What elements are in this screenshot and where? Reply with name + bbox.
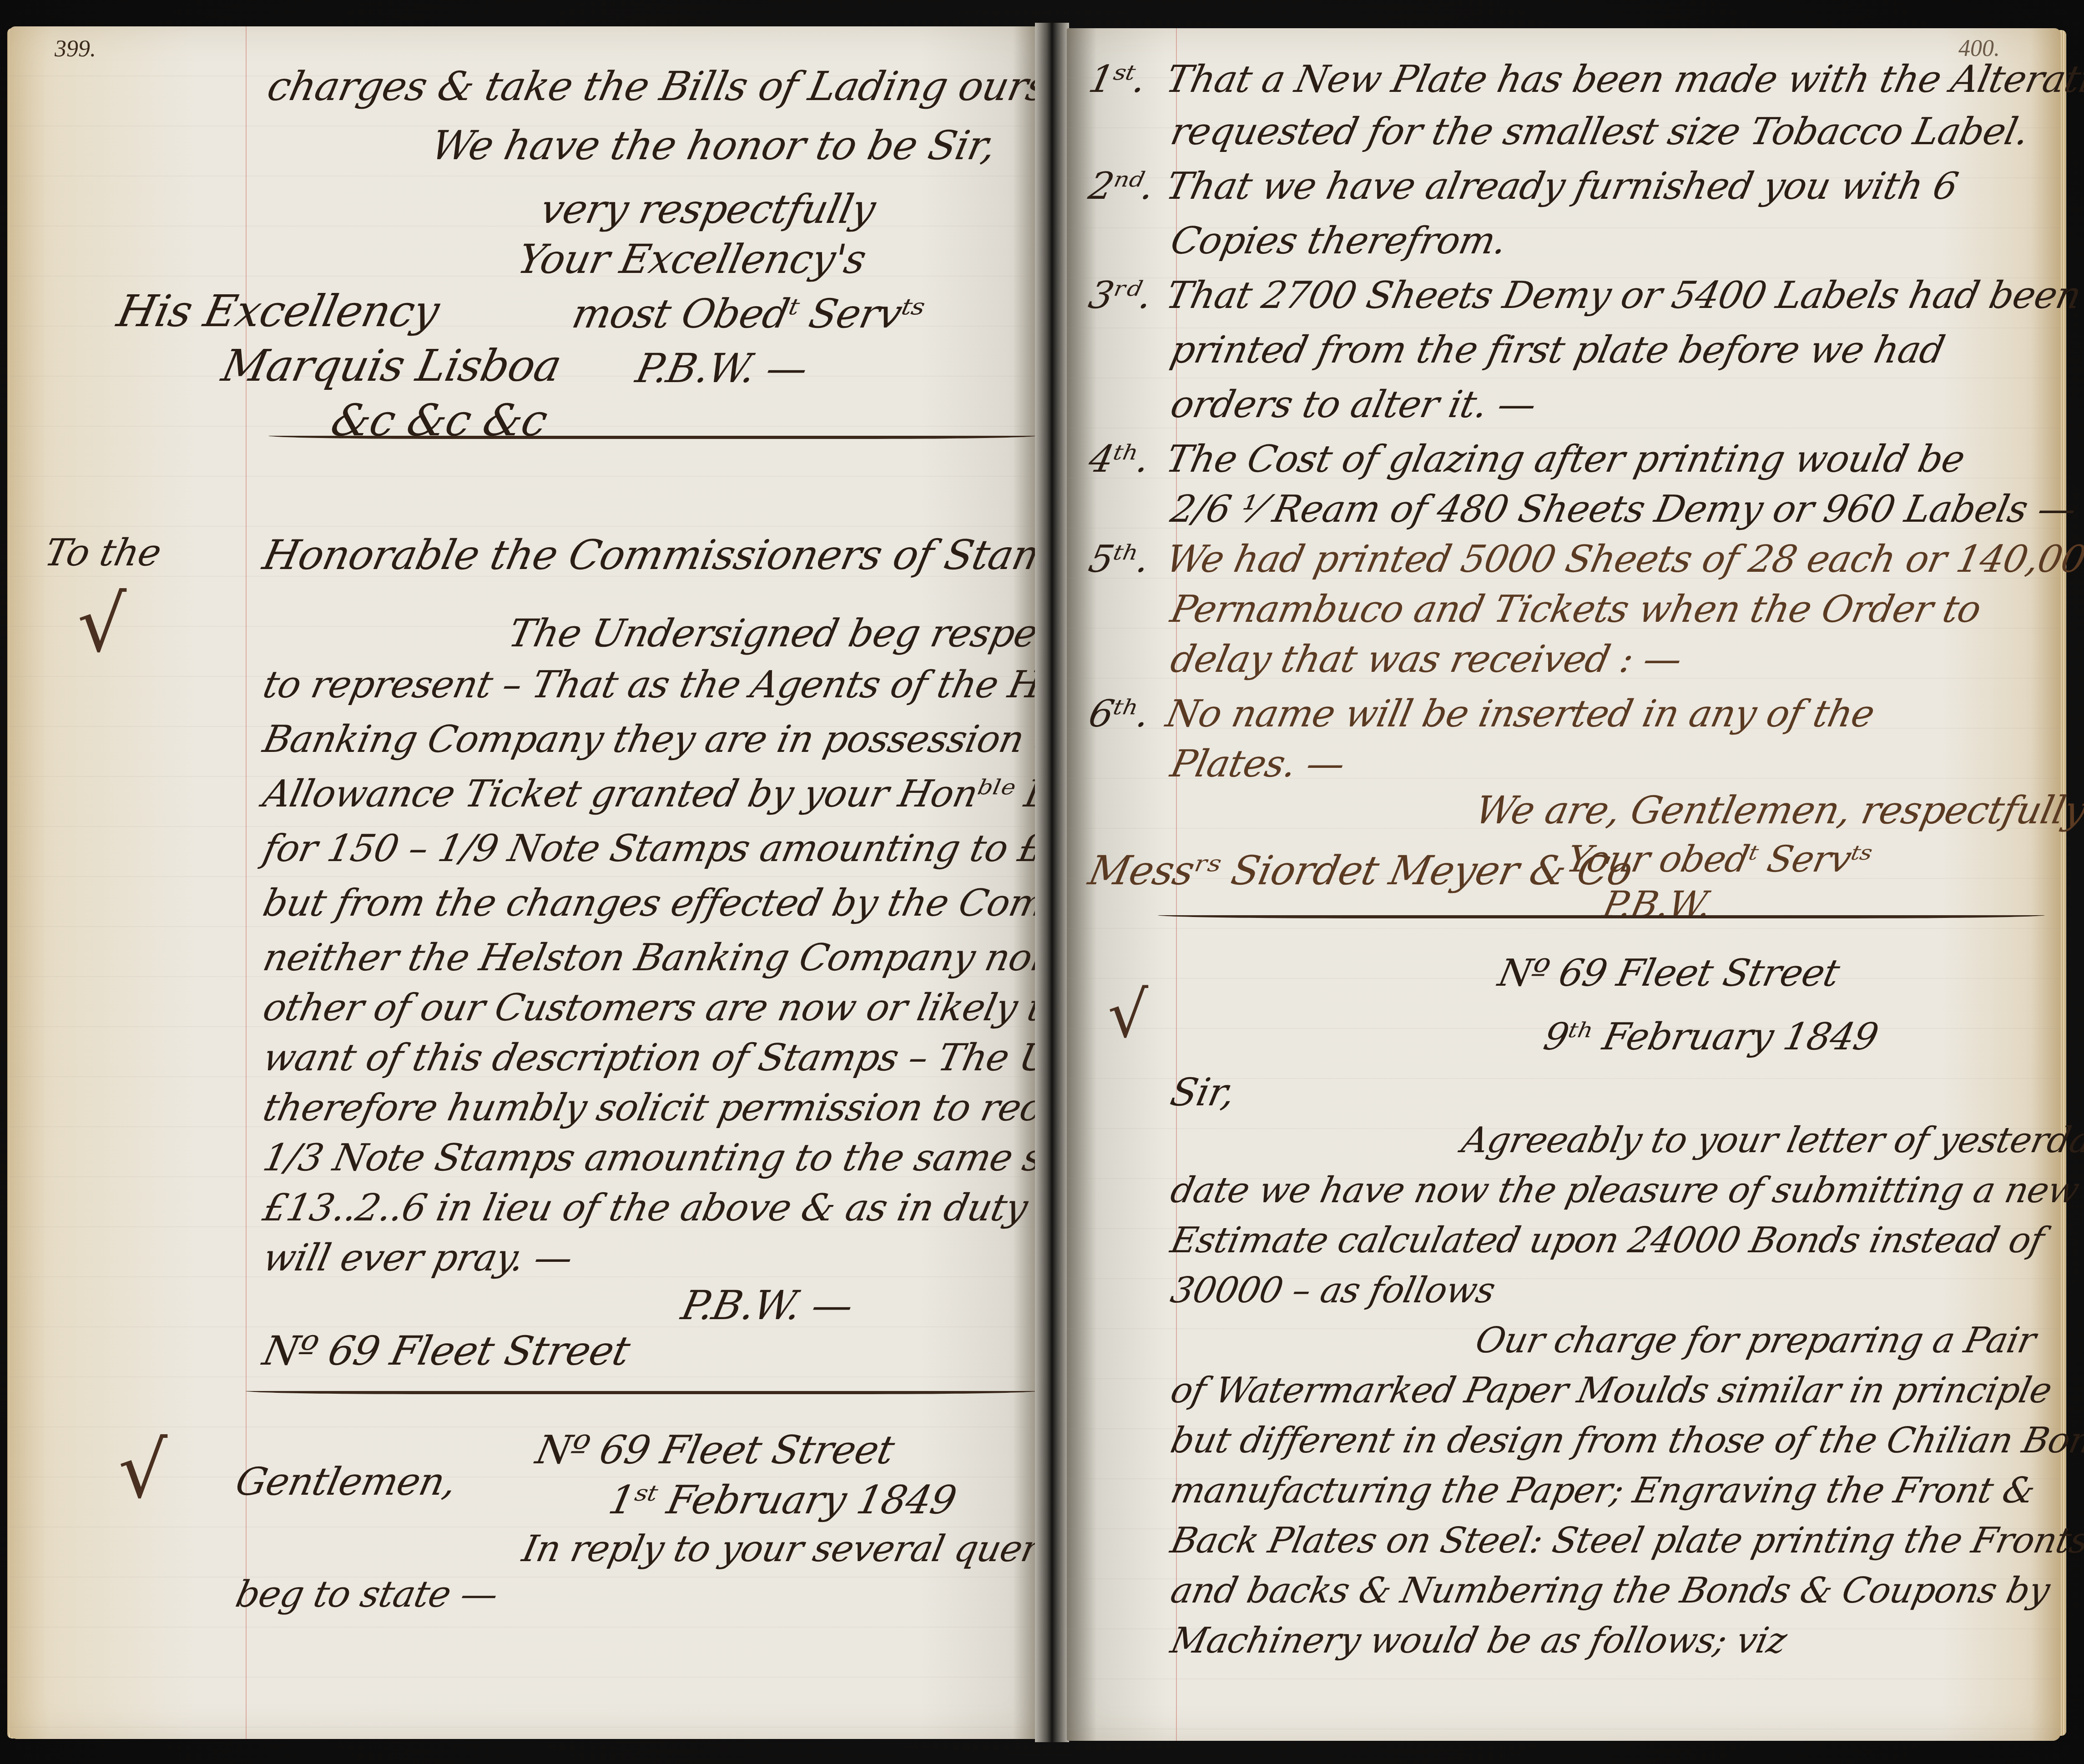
- addressee-line: Marquis Lisboa: [217, 340, 565, 391]
- point-line: That a New Plate has been made with the …: [1162, 58, 2084, 101]
- petition-line: will ever pray. —: [259, 1236, 576, 1280]
- letter-continuation: beg to state —: [232, 1573, 502, 1615]
- point-line: The Cost of glazing after printing would…: [1162, 438, 1968, 481]
- closing-line: We are, Gentlemen, respectfully: [1472, 788, 2084, 832]
- point-line: orders to alter it. —: [1167, 383, 1540, 426]
- book-spread: 399. charges & take the Bills of Lading …: [0, 0, 2084, 1764]
- petition-address: Nº 69 Fleet Street: [259, 1327, 634, 1374]
- letter-date: 1ˢᵗ February 1849: [605, 1477, 960, 1523]
- page-number: 399.: [55, 35, 96, 62]
- section-divider: [1158, 915, 2045, 918]
- letter-body-line: and backs & Numbering the Bonds & Coupon…: [1167, 1570, 2053, 1611]
- point-number: 2ⁿᵈ.: [1085, 165, 1158, 208]
- point-line: 2/6 ⅟ Ream of 480 Sheets Demy or 960 Lab…: [1167, 488, 2080, 531]
- left-page: 399. charges & take the Bills of Lading …: [9, 26, 1044, 1739]
- check-mark-icon: √: [77, 586, 126, 663]
- closing-line: Your Excellency's: [514, 236, 870, 282]
- point-line: No name will be inserted in any of the: [1162, 692, 1878, 736]
- point-number: 3ʳᵈ.: [1085, 274, 1156, 317]
- point-line: We had printed 5000 Sheets of 28 each or…: [1162, 538, 2084, 581]
- point-line: delay that was received : —: [1167, 638, 1685, 681]
- closing-line: most Obedᵗ Servᵗˢ: [568, 290, 928, 337]
- letter-body-line: Agreeably to your letter of yesterday's: [1458, 1120, 2084, 1161]
- point-number: 5ᵗʰ.: [1085, 538, 1153, 581]
- book-gutter: [1035, 23, 1069, 1742]
- point-line: That we have already furnished you with …: [1162, 165, 1962, 208]
- point-line: requested for the smallest size Tobacco …: [1167, 110, 2033, 153]
- petition-line: Banking Company they are in possession o…: [259, 718, 1131, 761]
- letter-date: 9ᵗʰ February 1849: [1540, 1015, 1882, 1058]
- letter-salutation: Gentlemen,: [232, 1459, 460, 1504]
- point-number: 6ᵗʰ.: [1085, 692, 1153, 736]
- closing-line: We have the honor to be Sir,: [427, 122, 1000, 169]
- letter-address: Nº 69 Fleet Street: [1494, 952, 1843, 995]
- point-line: Plates. —: [1167, 742, 1348, 786]
- addressee: Messʳˢ Siordet Meyer & Co: [1085, 847, 1636, 894]
- check-mark-icon: √: [118, 1432, 167, 1509]
- point-number: 4ᵗʰ.: [1085, 438, 1153, 481]
- letter-body-line: manufacturing the Paper; Engraving the F…: [1167, 1470, 2039, 1511]
- check-mark-icon: √: [1108, 983, 1148, 1047]
- letter-body-line: but different in design from those of th…: [1167, 1420, 2084, 1461]
- letter-body-line: Our charge for preparing a Pair: [1472, 1320, 2039, 1361]
- letter-address: Nº 69 Fleet Street: [532, 1427, 898, 1473]
- section-divider: [268, 436, 1037, 439]
- letter-body-line: Estimate calculated upon 24000 Bonds ins…: [1167, 1220, 2047, 1261]
- petition-addressee-prefix: To the: [41, 531, 165, 575]
- letter-body-line: date we have now the pleasure of submitt…: [1167, 1170, 2082, 1211]
- point-line: printed from the first plate before we h…: [1167, 328, 1948, 372]
- signature: P.B.W. —: [632, 345, 812, 392]
- point-line: Copies therefrom.: [1167, 219, 1510, 262]
- letter-body-line: Back Plates on Steel: Steel plate printi…: [1167, 1520, 2084, 1561]
- point-line: Pernambuco and Tickets when the Order to: [1167, 588, 1985, 631]
- petition-line: 1/3 Note Stamps amounting to the same su…: [259, 1136, 1152, 1179]
- right-page: 400. 1ˢᵗ. That a New Plate has been made…: [1067, 28, 2061, 1741]
- petition-line: neither the Helston Banking Company nor …: [259, 936, 1130, 979]
- petition-signature: P.B.W. —: [677, 1282, 857, 1329]
- closing-line: very respectfully: [536, 186, 879, 232]
- petition-line: £13..2..6 in lieu of the above & as in d…: [259, 1186, 1159, 1230]
- letter-body-line: of Watermarked Paper Moulds similar in p…: [1167, 1370, 2055, 1411]
- point-line: That 2700 Sheets Demy or 5400 Labels had…: [1162, 274, 2084, 317]
- addressee-line: His Excellency: [113, 286, 444, 337]
- petition-line: Allowance Ticket granted by your Honᵇˡᵉ …: [259, 772, 1141, 816]
- letter-body-line: Machinery would be as follows; viz: [1167, 1620, 1790, 1661]
- section-divider: [246, 1391, 1037, 1394]
- letter-salutation: Sir,: [1167, 1070, 1239, 1114]
- point-number: 1ˢᵗ.: [1085, 58, 1150, 101]
- letter-body-line: 30000 – as follows: [1167, 1270, 1499, 1311]
- petition-line: to represent – That as the Agents of the…: [259, 663, 1158, 706]
